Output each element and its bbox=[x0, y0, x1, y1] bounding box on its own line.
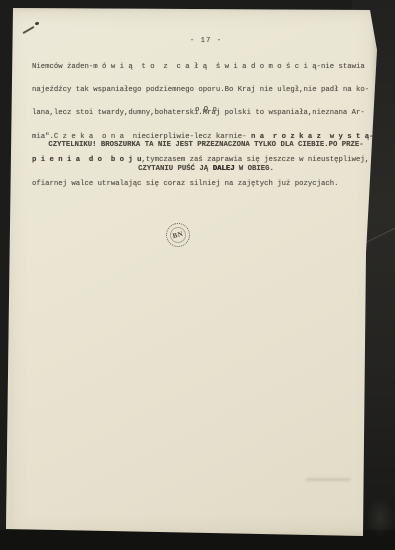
body-line-text: Niemców żaden-m ó w i ą t o z c a ł ą ś … bbox=[32, 63, 365, 71]
pencil-mark-stroke bbox=[22, 26, 34, 34]
paper-scuff-mark bbox=[306, 478, 350, 481]
notice-line-text: CZYTANIU PUŚĆ JĄ bbox=[138, 165, 212, 173]
reader-notice: CZYTELNIKU! BROSZURKA TA NIE JEST PRZEZN… bbox=[32, 125, 380, 189]
notice-line-2: CZYTANIU PUŚĆ JĄ DALEJ W OBIEG. bbox=[32, 165, 380, 173]
scanner-dust-smudge bbox=[366, 498, 394, 538]
stamp-monogram: BN bbox=[163, 220, 192, 249]
scanner-background: - 17 - Niemców żaden-m ó w i ą t o z c a… bbox=[0, 0, 395, 550]
page-number: - 17 - bbox=[32, 38, 380, 46]
ornament-separator: o Q o bbox=[32, 107, 380, 115]
pencil-mark-dot bbox=[35, 21, 40, 25]
body-line-1: Niemców żaden-m ó w i ą t o z c a ł ą ś … bbox=[32, 64, 380, 72]
emphasized-text: DALEJ bbox=[213, 165, 235, 173]
body-line-text: najeźdźcy tak wspaniałego podziemnego op… bbox=[32, 86, 369, 94]
notice-line-text: CZYTELNIKU! BROSZURKA TA NIE JEST PRZEZN… bbox=[48, 141, 363, 149]
library-stamp: BN bbox=[163, 220, 192, 249]
notice-line-text: W OBIEG. bbox=[234, 165, 273, 173]
body-line-2: najeźdźcy tak wspaniałego podziemnego op… bbox=[32, 87, 380, 95]
document-page: - 17 - Niemców żaden-m ó w i ą t o z c a… bbox=[6, 8, 378, 536]
notice-line-1: CZYTELNIKU! BROSZURKA TA NIE JEST PRZEZN… bbox=[32, 141, 380, 149]
